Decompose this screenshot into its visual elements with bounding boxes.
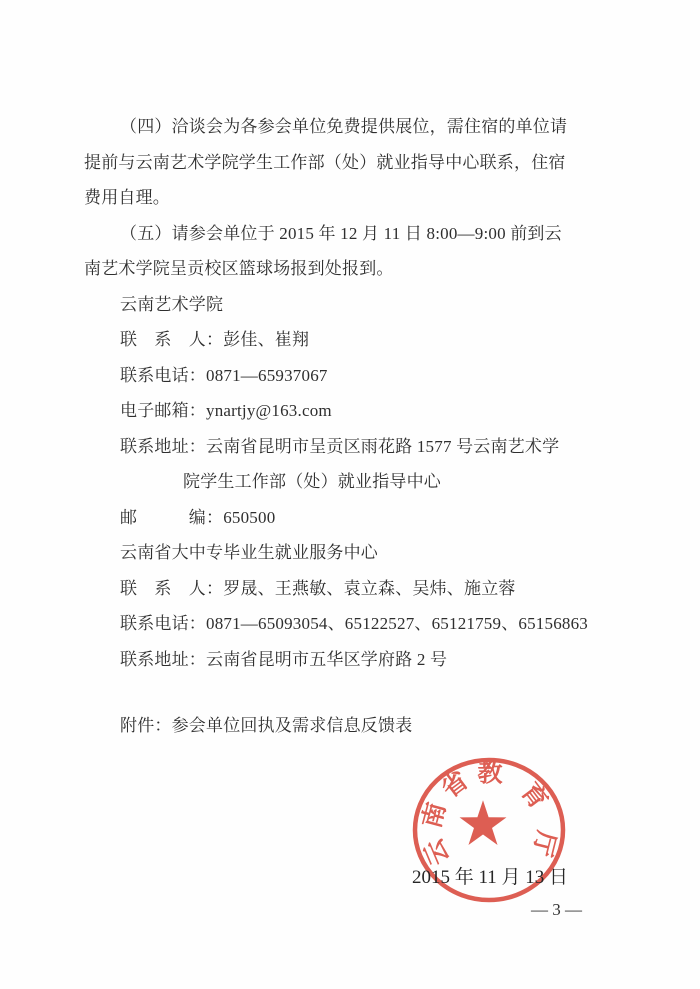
unit2-name: 云南省大中专毕业生就业服务中心 (84, 535, 644, 571)
document-page: （四）洽谈会为各参会单位免费提供展位，需住宿的单位请 提前与云南艺术学院学生工作… (0, 0, 700, 989)
unit2-phone-line: 联系电话：0871—65093054、65122527、65121759、651… (84, 606, 644, 642)
unit1-zip-line: 邮 编：650500 (84, 500, 644, 536)
paragraph-five-line-2: 南艺术学院呈贡校区篮球场报到处报到。 (84, 251, 644, 287)
paragraph-five-line-1: （五）请参会单位于 2015 年 12 月 11 日 8:00—9:00 前到云 (84, 216, 644, 252)
unit1-address-line-2: 院学生工作部（处）就业指导中心 (84, 464, 644, 500)
star-icon (460, 800, 507, 845)
seal-char: 南 (418, 800, 452, 831)
seal-char: 育 (515, 777, 553, 814)
issue-date: 2015 年 11 月 13 日 (412, 862, 568, 889)
seal-char: 省 (437, 766, 474, 803)
unit1-contact-line: 联 系 人：彭佳、崔翔 (84, 322, 644, 358)
seal-char: 厅 (527, 828, 560, 859)
document-body: （四）洽谈会为各参会单位免费提供展位，需住宿的单位请 提前与云南艺术学院学生工作… (84, 109, 644, 744)
unit2-address-line: 联系地址：云南省昆明市五华区学府路 2 号 (84, 642, 644, 678)
unit1-name: 云南艺术学院 (84, 287, 644, 323)
paragraph-four-line-1: （四）洽谈会为各参会单位免费提供展位，需住宿的单位请 (84, 109, 644, 145)
unit1-address-line-1: 联系地址：云南省昆明市呈贡区雨花路 1577 号云南艺术学 (84, 429, 644, 465)
unit1-phone-line: 联系电话：0871—65937067 (84, 358, 644, 394)
paragraph-four-line-3: 费用自理。 (84, 180, 644, 216)
paragraph-four-line-2: 提前与云南艺术学院学生工作部（处）就业指导中心联系，住宿 (84, 145, 644, 181)
seal-char: 教 (477, 759, 503, 787)
unit2-contact-line: 联 系 人：罗晟、王燕敏、袁立森、吴炜、施立蓉 (84, 571, 644, 607)
unit1-email-line: 电子邮箱：ynartjy@163.com (84, 393, 644, 429)
attachment-line: 附件：参会单位回执及需求信息反馈表 (84, 708, 644, 744)
